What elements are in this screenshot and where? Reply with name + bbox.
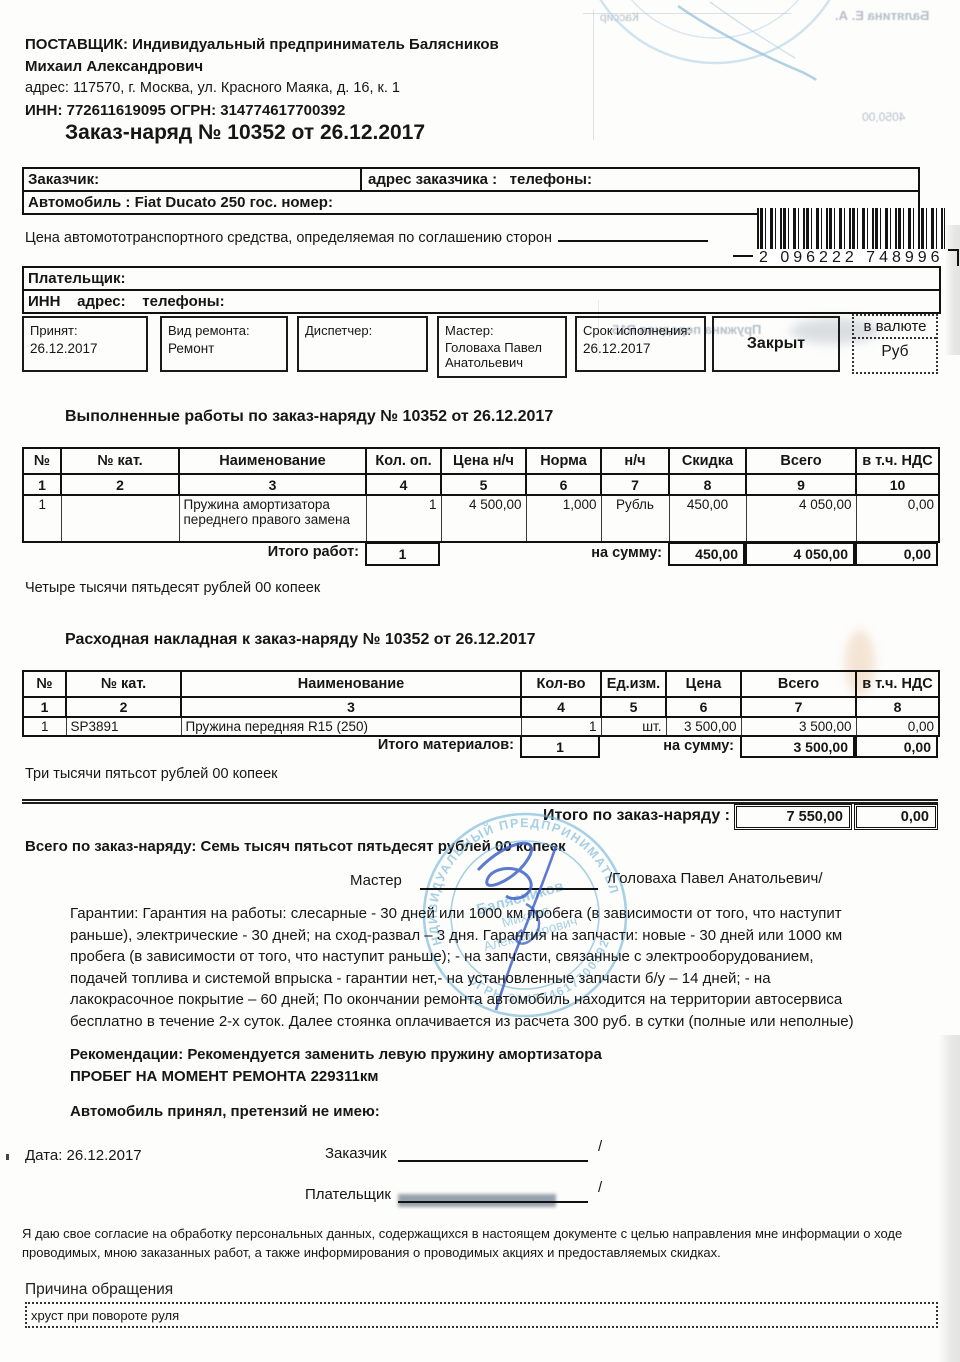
materials-data-row: 1 SP3891 Пружина передняя R15 (250) 1 шт…: [23, 717, 939, 736]
vehicle-price-line: Цена автомототранспортного средства, опр…: [25, 228, 708, 246]
materials-sum-vat: 0,00: [855, 735, 938, 758]
master-sign-name: /Головаха Павел Анатольевич/: [608, 870, 823, 887]
works-num-2: 2: [61, 474, 179, 495]
date-line: Дата: 26.12.2017: [25, 1147, 142, 1164]
materials-col-cat: № кат.: [66, 671, 181, 697]
accepted-date: 26.12.2017: [30, 341, 140, 357]
works-cell-no: 1: [23, 495, 61, 542]
works-total-row: Итого работ: 1 на сумму: 450,00 4 050,00…: [22, 542, 938, 566]
accepted-label: Принят:: [30, 323, 140, 339]
works-col-name: Наименование: [179, 448, 366, 474]
grand-total-amount: 7 550,00: [734, 804, 852, 830]
master-sign-label: Мастер: [350, 872, 402, 889]
works-num-10: 10: [856, 474, 939, 495]
materials-num-4: 4: [521, 697, 601, 717]
customer-sign-slash: /: [598, 1138, 602, 1155]
materials-num-8: 8: [856, 697, 939, 717]
materials-total-qty: 1: [520, 735, 600, 758]
materials-table: № № кат. Наименование Кол-во Ед.изм. Цен…: [22, 670, 940, 737]
works-total-label: Итого работ:: [22, 542, 365, 566]
recommendation-text: Рекомендации: Рекомендуется заменить лев…: [70, 1046, 602, 1063]
reason-box: хруст при повороте руля: [25, 1302, 938, 1328]
materials-col-name: Наименование: [181, 671, 521, 697]
customer-sign-line: [398, 1148, 588, 1162]
customer-contacts-label: адрес заказчика : телефоны:: [360, 169, 918, 190]
materials-header-row: № № кат. Наименование Кол-во Ед.изм. Цен…: [23, 671, 939, 697]
works-cell-discount: 450,00: [669, 495, 746, 542]
materials-cell-total: 3 500,00: [741, 717, 856, 736]
payer-inn-line: ИНН адрес: телефоны:: [24, 291, 939, 312]
materials-sum-label: на сумму:: [600, 735, 740, 758]
works-col-no: №: [23, 448, 61, 474]
works-cell-norm: 1,000: [526, 495, 601, 542]
materials-col-vat: в т.ч. НДС: [856, 671, 939, 697]
currency-value: Руб: [854, 339, 936, 365]
works-amount-words: Четыре тысячи пятьдесят рублей 00 копеек: [25, 580, 320, 596]
repair-type-value: Ремонт: [168, 341, 280, 357]
supplier-line-2: Михаил Александрович: [25, 58, 203, 75]
payer-box: Плательщик: ИНН адрес: телефоны:: [22, 266, 941, 314]
supplier-line-1: ПОСТАВЩИК: Индивидуальный предпринимател…: [25, 36, 499, 53]
supplier-inn-ogrn: ИНН: 772611619095 ОГРН: 314774617700392: [25, 102, 345, 119]
reason-label: Причина обращения: [25, 1281, 173, 1299]
works-sum-vat: 0,00: [855, 542, 938, 566]
works-sum-total: 4 050,00: [745, 542, 855, 566]
works-num-7: 7: [601, 474, 669, 495]
repair-type-label: Вид ремонта:: [168, 323, 280, 339]
materials-amount-words: Три тысячи пятьсот рублей 00 копеек: [25, 766, 277, 782]
barcode-left-dash: [733, 255, 753, 257]
status-box: Закрыт: [712, 316, 840, 372]
works-table: № № кат. Наименование Кол. оп. Цена н/ч …: [22, 447, 940, 543]
master-name: Головаха Павел Анатольевич: [445, 340, 559, 370]
document-title: Заказ-наряд № 10352 от 26.12.2017: [65, 121, 425, 145]
barcode: 2 096222 748996: [757, 208, 945, 267]
works-col-nh: н/ч: [601, 448, 669, 474]
due-date-box: Срок исполнения: 26.12.2017: [575, 316, 706, 372]
due-date-label: Срок исполнения:: [583, 323, 698, 339]
payer-sign-line: [398, 1189, 588, 1203]
works-num-9: 9: [746, 474, 856, 495]
scan-streak-right-top: [944, 225, 960, 355]
materials-cell-vat: 0,00: [856, 717, 939, 736]
materials-cell-price: 3 500,00: [666, 717, 741, 736]
works-num-6: 6: [526, 474, 601, 495]
materials-num-2: 2: [66, 697, 181, 717]
materials-cell-no: 1: [23, 717, 66, 736]
currency-label: в валюте: [854, 316, 936, 339]
barcode-digits: 2 096222 748996: [757, 249, 945, 267]
materials-cell-cat: SP3891: [66, 717, 181, 736]
materials-number-row: 1 2 3 4 5 6 7 8: [23, 697, 939, 717]
materials-num-3: 3: [181, 697, 521, 717]
materials-col-price: Цена: [666, 671, 741, 697]
materials-sum-total: 3 500,00: [740, 735, 855, 758]
works-col-qty: Кол. оп.: [366, 448, 441, 474]
warranty-text: Гарантии: Гарантия на работы: слесарные …: [70, 903, 860, 1032]
grand-total-vat: 0,00: [854, 804, 938, 830]
works-sum-label: на сумму:: [440, 542, 668, 566]
supplier-address: адрес: 117570, г. Москва, ул. Красного М…: [25, 80, 400, 96]
scanned-work-order-document: Кассир Балятина Е. А. 4050,00 3500,00 Пр…: [0, 0, 960, 1362]
works-cell-total: 4 050,00: [746, 495, 856, 542]
works-num-3: 3: [179, 474, 366, 495]
customer-label: Заказчик:: [24, 169, 360, 190]
barcode-right-bracket: [948, 249, 959, 266]
works-col-discount: Скидка: [669, 448, 746, 474]
works-title: Выполненные работы по заказ-наряду № 103…: [65, 408, 553, 426]
payer-sign-label: Плательщик: [305, 1186, 391, 1203]
works-cell-price: 4 500,00: [441, 495, 526, 542]
accepted-box: Принят: 26.12.2017: [22, 316, 148, 372]
materials-cell-unit: шт.: [601, 717, 666, 736]
materials-col-total: Всего: [741, 671, 856, 697]
status-badge: Закрыт: [747, 336, 805, 352]
works-num-1: 1: [23, 474, 61, 495]
works-col-norm: Норма: [526, 448, 601, 474]
works-data-row: 1 Пружина амортизатора переднего правого…: [23, 495, 939, 542]
payer-label: Плательщик:: [24, 268, 939, 291]
materials-num-5: 5: [601, 697, 666, 717]
ink-speck: [6, 1154, 9, 1160]
works-cell-cat: [61, 495, 179, 542]
works-cell-qty: 1: [366, 495, 441, 542]
acceptance-text: Автомобиль принял, претензий не имею:: [70, 1103, 380, 1120]
reason-value: хруст при повороте руля: [27, 1308, 179, 1323]
repair-type-box: Вид ремонта: Ремонт: [160, 316, 288, 372]
materials-num-6: 6: [666, 697, 741, 717]
dispatcher-box: Диспетчер:: [297, 316, 428, 372]
mileage-text: ПРОБЕГ НА МОМЕНТ РЕМОНТА 229311км: [70, 1068, 378, 1085]
bleed-stamp-top-arc: [560, 0, 960, 130]
materials-total-row: Итого материалов: 1 на сумму: 3 500,00 0…: [22, 735, 938, 758]
blank-underline: [558, 228, 708, 242]
works-num-4: 4: [366, 474, 441, 495]
materials-num-7: 7: [741, 697, 856, 717]
works-num-5: 5: [441, 474, 526, 495]
materials-col-no: №: [23, 671, 66, 697]
customer-sign-label: Заказчик: [325, 1145, 387, 1162]
scan-streak-right-bottom: [938, 1035, 960, 1362]
works-cell-name: Пружина амортизатора переднего правого з…: [179, 495, 366, 542]
works-col-total: Всего: [746, 448, 856, 474]
materials-col-unit: Ед.изм.: [601, 671, 666, 697]
works-total-qty: 1: [365, 542, 440, 566]
currency-box: в валюте Руб: [852, 314, 938, 374]
works-cell-vat: 0,00: [856, 495, 939, 542]
materials-title: Расходная накладная к заказ-наряду № 103…: [65, 631, 536, 649]
payer-sign-slash: /: [598, 1179, 602, 1196]
master-box: Мастер: Головаха Павел Анатольевич: [437, 316, 567, 378]
works-sum-discount: 450,00: [668, 542, 745, 566]
materials-total-label: Итого материалов:: [22, 735, 520, 758]
works-col-cat: № кат.: [61, 448, 179, 474]
materials-col-qty: Кол-во: [521, 671, 601, 697]
master-label: Мастер:: [445, 323, 559, 338]
dispatcher-label: Диспетчер:: [305, 323, 420, 339]
works-num-8: 8: [669, 474, 746, 495]
works-col-vat: в т.ч. НДС: [856, 448, 939, 474]
consent-text: Я даю свое согласие на обработку персона…: [22, 1224, 950, 1262]
barcode-bars: [757, 208, 945, 250]
works-number-row: 1 2 3 4 5 6 7 8 9 10: [23, 474, 939, 495]
works-col-price: Цена н/ч: [441, 448, 526, 474]
materials-cell-qty: 1: [521, 717, 601, 736]
materials-cell-name: Пружина передняя R15 (250): [181, 717, 521, 736]
due-date-value: 26.12.2017: [583, 341, 698, 357]
works-cell-nh: Рубль: [601, 495, 669, 542]
materials-num-1: 1: [23, 697, 66, 717]
works-header-row: № № кат. Наименование Кол. оп. Цена н/ч …: [23, 448, 939, 474]
